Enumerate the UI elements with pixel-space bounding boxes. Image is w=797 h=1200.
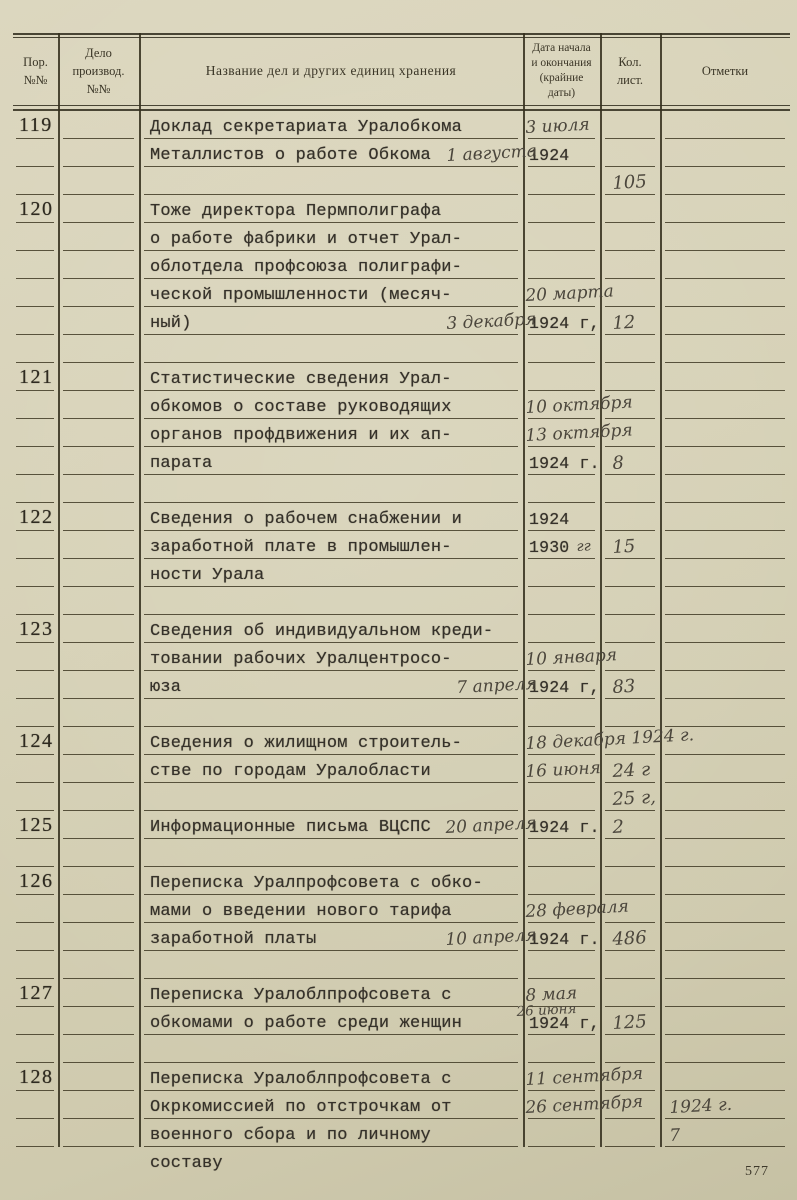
cell	[139, 839, 523, 867]
cell: 25 г,	[600, 783, 660, 811]
cell	[660, 671, 790, 699]
cell: 126	[13, 867, 58, 895]
cell: Доклад секретариата Уралобкома	[139, 111, 523, 139]
table-row: о работе фабрики и отчет Урал-	[13, 223, 790, 251]
cell	[523, 783, 600, 811]
cell	[13, 447, 58, 475]
cell: 24 г	[600, 755, 660, 783]
cell	[13, 699, 58, 727]
table-row: военного сбора и по личному7	[13, 1119, 790, 1147]
cell	[523, 951, 600, 979]
cell	[58, 811, 139, 839]
entry-title-line: Переписка Уралоблпрофсовета с	[150, 986, 452, 1005]
table-row: заработной плате в промышлен-1930гг15	[13, 531, 790, 559]
cell	[600, 699, 660, 727]
cell	[58, 111, 139, 139]
cell	[523, 587, 600, 615]
column-header-label: №№	[24, 71, 48, 89]
cell	[660, 615, 790, 643]
cell	[13, 419, 58, 447]
cell: Металлистов о работе Обкома1 августа	[139, 139, 523, 167]
cell: 124	[13, 727, 58, 755]
typed-date: 1924 г.	[529, 454, 600, 473]
handwritten-sheet-count: 105	[612, 171, 647, 194]
cell	[600, 195, 660, 223]
handwritten-sheet-count: 12	[612, 312, 636, 334]
handwritten-sheet-count: 486	[612, 927, 647, 950]
typed-date: 1924 г.	[529, 818, 600, 837]
cell	[58, 363, 139, 391]
cell	[600, 615, 660, 643]
cell: 11 сентября	[523, 1063, 600, 1091]
entry-row: 128Переписка Уралоблпрофсовета с11 сентя…	[13, 1063, 790, 1091]
column-header-label: Отметки	[702, 62, 748, 80]
cell	[58, 167, 139, 195]
cell: заработной платы10 апреля	[139, 923, 523, 951]
entry-row: 126Переписка Уралпрофсовета с обко-	[13, 867, 790, 895]
table-row: обкомов о составе руководящих10 октября	[13, 391, 790, 419]
cell	[58, 1035, 139, 1063]
cell: Сведения об индивидуальном креди-	[139, 615, 523, 643]
cell: заработной плате в промышлен-	[139, 531, 523, 559]
entry-row: 127Переписка Уралоблпрофсовета с8 мая	[13, 979, 790, 1007]
entry-title-line: военного сбора и по личному	[150, 1126, 431, 1145]
cell	[523, 167, 600, 195]
cell: Переписка Уралпрофсовета с обко-	[139, 867, 523, 895]
cell: 8	[600, 447, 660, 475]
cell: 10 октября	[523, 391, 600, 419]
cell	[600, 867, 660, 895]
cell	[58, 895, 139, 923]
cell	[660, 363, 790, 391]
handwritten-sheet-count: 125	[612, 1011, 647, 1034]
cell	[58, 223, 139, 251]
entry-title-line: обкомами о работе среди женщин	[150, 1014, 462, 1033]
cell	[139, 783, 523, 811]
cell	[139, 699, 523, 727]
cell	[58, 951, 139, 979]
cell: Сведения о жилищном строитель-	[139, 727, 523, 755]
entry-title-line: обкомов о составе руководящих	[150, 398, 452, 417]
cell: обкомов о составе руководящих	[139, 391, 523, 419]
cell	[13, 755, 58, 783]
archival-inventory-scan: Пор.№№Делопроизвод.№№Название дел и друг…	[0, 0, 797, 1200]
cell	[523, 363, 600, 391]
cell	[58, 139, 139, 167]
cell: товании рабочих Уралцентросо-	[139, 643, 523, 671]
cell	[58, 1119, 139, 1147]
cell: 122	[13, 503, 58, 531]
table-row: юза7 апреля1924 г,83	[13, 671, 790, 699]
handwritten-sheet-count: 15	[612, 536, 636, 558]
cell	[660, 279, 790, 307]
table-row: обкомами о работе среди женщин1924 г,26 …	[13, 1007, 790, 1035]
handwritten-sheet-count: 83	[612, 676, 636, 698]
cell	[13, 335, 58, 363]
entry-number: 121	[19, 366, 54, 389]
typed-date: 1924 г.	[529, 930, 600, 949]
cell	[660, 307, 790, 335]
cell	[58, 419, 139, 447]
column-header-label: Дата начала	[532, 41, 590, 56]
cell	[660, 811, 790, 839]
entry-title-line: юза	[150, 678, 181, 697]
cell	[13, 475, 58, 503]
column-header-label: (крайние	[540, 71, 584, 86]
handwritten-sheet-count: 8	[612, 452, 625, 474]
cell: Сведения о рабочем снабжении и	[139, 503, 523, 531]
entry-number: 128	[19, 1066, 54, 1089]
cell	[660, 783, 790, 811]
column-header-4: Кол.лист.	[600, 39, 660, 103]
cell: 125	[600, 1007, 660, 1035]
cell	[660, 699, 790, 727]
entry-title-line: парата	[150, 454, 212, 473]
column-header-3: Дата началаи окончания(крайниедаты)	[523, 39, 600, 103]
cell	[660, 391, 790, 419]
cell	[523, 335, 600, 363]
entry-title-line: товании рабочих Уралцентросо-	[150, 650, 452, 669]
table-row	[13, 475, 790, 503]
cell	[660, 503, 790, 531]
cell: 26 сентября	[523, 1091, 600, 1119]
entry-number: 126	[19, 870, 54, 893]
cell	[600, 139, 660, 167]
entry-title-line: Переписка Уралоблпрофсовета с	[150, 1070, 452, 1089]
cell: 1924	[523, 503, 600, 531]
cell: Информационные письма ВЦСПС20 апреля	[139, 811, 523, 839]
cell	[600, 587, 660, 615]
entry-row: 123Сведения об индивидуальном креди-	[13, 615, 790, 643]
cell	[13, 139, 58, 167]
entry-title-line: о работе фабрики и отчет Урал-	[150, 230, 462, 249]
cell	[600, 559, 660, 587]
entry-title-line: мами о введении нового тарифа	[150, 902, 452, 921]
entry-title-line: Переписка Уралпрофсовета с обко-	[150, 874, 483, 893]
cell	[660, 139, 790, 167]
cell	[660, 475, 790, 503]
table-row: заработной платы10 апреля1924 г.486	[13, 923, 790, 951]
cell	[58, 279, 139, 307]
cell: военного сбора и по личному	[139, 1119, 523, 1147]
cell	[58, 531, 139, 559]
cell: 125	[13, 811, 58, 839]
cell	[13, 951, 58, 979]
cell	[660, 167, 790, 195]
table-row: 25 г,	[13, 783, 790, 811]
cell: 128	[13, 1063, 58, 1091]
cell: 83	[600, 671, 660, 699]
handwritten-note: 7	[669, 1125, 681, 1146]
cell	[660, 1035, 790, 1063]
cell	[13, 895, 58, 923]
entry-row: 119Доклад секретариата Уралобкома3 июля	[13, 111, 790, 139]
column-header-2: Название дел и других единиц хранения	[139, 39, 523, 103]
cell	[600, 503, 660, 531]
entry-number: 122	[19, 506, 54, 529]
cell	[660, 1007, 790, 1035]
cell	[660, 251, 790, 279]
cell	[58, 307, 139, 335]
cell: 12	[600, 307, 660, 335]
cell	[523, 223, 600, 251]
cell: 3 июля	[523, 111, 600, 139]
entry-row: 121Статистические сведения Урал-	[13, 363, 790, 391]
cell	[13, 643, 58, 671]
cell: Тоже директора Пермполиграфа	[139, 195, 523, 223]
cell	[13, 223, 58, 251]
cell	[600, 363, 660, 391]
cell	[58, 783, 139, 811]
entry-title-line: облотдела профсоюза полиграфи-	[150, 258, 462, 277]
cell	[523, 1035, 600, 1063]
entry-row: 124Сведения о жилищном строитель-18 дека…	[13, 727, 790, 755]
cell	[600, 251, 660, 279]
table-row: 105	[13, 167, 790, 195]
cell: ный)3 декабря	[139, 307, 523, 335]
cell: парата	[139, 447, 523, 475]
cell: 15	[600, 531, 660, 559]
table-row	[13, 335, 790, 363]
handwritten-sheet-count: 24 г	[612, 759, 651, 782]
cell	[660, 951, 790, 979]
entry-title-line: ческой промышленности (месяч-	[150, 286, 452, 305]
table-row	[13, 699, 790, 727]
table-row: ный)3 декабря1924 г,12	[13, 307, 790, 335]
cell	[13, 251, 58, 279]
cell	[13, 167, 58, 195]
cell: 7	[660, 1119, 790, 1147]
cell: 486	[600, 923, 660, 951]
cell	[523, 559, 600, 587]
entry-title-line: заработной платы	[150, 930, 316, 949]
entry-number: 125	[19, 814, 54, 837]
cell	[58, 251, 139, 279]
cell	[13, 279, 58, 307]
table-row: ности Урала	[13, 559, 790, 587]
cell: 105	[600, 167, 660, 195]
cell: 2	[600, 811, 660, 839]
cell	[139, 587, 523, 615]
cell	[660, 755, 790, 783]
handwritten-date-note: 7 апреля	[456, 674, 537, 698]
cell: 120	[13, 195, 58, 223]
column-header-label: Пор.	[23, 53, 48, 71]
handwritten-sheet-count: 25 г,	[612, 787, 656, 810]
table-row: органов профдвижения и их ап-13 октября	[13, 419, 790, 447]
cell	[58, 727, 139, 755]
entry-number: 120	[19, 198, 54, 221]
cell: 1924 г.	[660, 1091, 790, 1119]
cell	[660, 559, 790, 587]
cell	[523, 615, 600, 643]
cell	[523, 699, 600, 727]
cell	[600, 1147, 660, 1175]
cell: 119	[13, 111, 58, 139]
column-header-label: Название дел и других единиц хранения	[206, 61, 457, 81]
cell	[13, 783, 58, 811]
cell: 121	[13, 363, 58, 391]
cell	[600, 475, 660, 503]
cell	[13, 587, 58, 615]
column-header-0: Пор.№№	[13, 39, 58, 103]
entry-title-line: Сведения о жилищном строитель-	[150, 734, 462, 753]
typed-date: 1924 г,	[529, 678, 600, 697]
cell: Переписка Уралоблпрофсовета с	[139, 1063, 523, 1091]
cell	[660, 1063, 790, 1091]
entry-title-line: органов профдвижения и их ап-	[150, 426, 452, 445]
cell: стве по городам Уралобласти	[139, 755, 523, 783]
cell	[660, 895, 790, 923]
cell	[523, 839, 600, 867]
entry-title-line: составу	[150, 1154, 223, 1173]
cell	[58, 867, 139, 895]
cell	[58, 923, 139, 951]
table-body: 119Доклад секретариата Уралобкома3 июляМ…	[13, 111, 790, 1175]
cell	[13, 839, 58, 867]
handwritten-date: 3 июля	[525, 115, 590, 138]
cell	[58, 335, 139, 363]
cell	[58, 559, 139, 587]
cell	[523, 251, 600, 279]
entry-title-line: Статистические сведения Урал-	[150, 370, 452, 389]
cell	[600, 1035, 660, 1063]
column-header-label: даты)	[548, 86, 575, 101]
column-header-5: Отметки	[660, 39, 790, 103]
cell	[139, 167, 523, 195]
table-row	[13, 1035, 790, 1063]
cell	[523, 195, 600, 223]
entry-title-line: стве по городам Уралобласти	[150, 762, 431, 781]
handwritten-date-suffix: гг	[576, 538, 591, 555]
cell	[58, 587, 139, 615]
entry-title-line: ный)	[150, 314, 192, 333]
cell	[58, 503, 139, 531]
cell	[13, 391, 58, 419]
entry-title-line: Сведения о рабочем снабжении и	[150, 510, 462, 529]
handwritten-note: 1924 г.	[669, 1095, 733, 1118]
cell: Статистические сведения Урал-	[139, 363, 523, 391]
typed-date: 1924 г,	[529, 314, 600, 333]
table-header-row: Пор.№№Делопроизвод.№№Название дел и друг…	[13, 39, 790, 103]
cell: обкомами о работе среди женщин	[139, 1007, 523, 1035]
cell	[58, 699, 139, 727]
entry-title-line: Сведения об индивидуальном креди-	[150, 622, 493, 641]
typed-date: 1924	[529, 510, 569, 529]
cell	[660, 1147, 790, 1175]
cell: 10 января	[523, 643, 600, 671]
cell	[13, 923, 58, 951]
cell	[58, 475, 139, 503]
cell: Переписка Уралоблпрофсовета с	[139, 979, 523, 1007]
entry-title-line: Доклад секретариата Уралобкома	[150, 118, 462, 137]
entry-number: 119	[19, 114, 53, 137]
cell	[13, 559, 58, 587]
cell	[600, 979, 660, 1007]
entry-title-line: Металлистов о работе Обкома	[150, 146, 431, 165]
table-row: товании рабочих Уралцентросо-10 января	[13, 643, 790, 671]
cell: облотдела профсоюза полиграфи-	[139, 251, 523, 279]
table-row: Металлистов о работе Обкома1 августа1924	[13, 139, 790, 167]
entry-title-line: Окркомиссией по отстрочкам от	[150, 1098, 452, 1117]
cell	[13, 1035, 58, 1063]
cell: 1924 г.	[523, 447, 600, 475]
cell	[660, 419, 790, 447]
cell	[660, 531, 790, 559]
cell	[660, 923, 790, 951]
table-row	[13, 587, 790, 615]
cell	[13, 1091, 58, 1119]
cell	[660, 839, 790, 867]
cell	[13, 307, 58, 335]
table-row: стве по городам Уралобласти16 июня24 г	[13, 755, 790, 783]
cell	[139, 335, 523, 363]
cell	[660, 223, 790, 251]
entry-number: 124	[19, 730, 54, 753]
cell	[523, 1147, 600, 1175]
cell: 16 июня	[523, 755, 600, 783]
cell	[139, 1035, 523, 1063]
table-row: Окркомиссией по отстрочкам от26 сентября…	[13, 1091, 790, 1119]
cell: Окркомиссией по отстрочкам от	[139, 1091, 523, 1119]
entry-row: 125Информационные письма ВЦСПС20 апреля1…	[13, 811, 790, 839]
typed-date: 1930	[529, 538, 569, 557]
column-header-label: Кол.	[618, 53, 641, 71]
cell: 127	[13, 979, 58, 1007]
column-header-label: №№	[87, 80, 111, 98]
cell: 18 декабря 1924 г.	[523, 727, 600, 755]
cell	[600, 1119, 660, 1147]
cell	[600, 951, 660, 979]
cell: 1930гг	[523, 531, 600, 559]
cell	[58, 1007, 139, 1035]
handwritten-sheet-count: 2	[612, 816, 625, 838]
cell	[660, 643, 790, 671]
cell	[600, 223, 660, 251]
handwritten-date: 26 июня	[516, 1001, 577, 1020]
cell	[660, 111, 790, 139]
cell: составу	[139, 1147, 523, 1175]
cell: ческой промышленности (месяч-	[139, 279, 523, 307]
cell: 28 февраля	[523, 895, 600, 923]
cell	[58, 671, 139, 699]
table-row: парата1924 г.8	[13, 447, 790, 475]
cell	[13, 531, 58, 559]
cell	[660, 447, 790, 475]
column-header-1: Делопроизвод.№№	[58, 39, 139, 103]
cell	[139, 951, 523, 979]
cell	[600, 335, 660, 363]
cell	[523, 1119, 600, 1147]
cell: 20 марта	[523, 279, 600, 307]
cell	[58, 447, 139, 475]
cell	[660, 335, 790, 363]
entry-title-line: Информационные письма ВЦСПС	[150, 818, 431, 837]
entry-title-line: заработной плате в промышлен-	[150, 538, 452, 557]
cell	[660, 195, 790, 223]
cell	[600, 111, 660, 139]
cell	[660, 979, 790, 1007]
cell	[58, 1091, 139, 1119]
cell	[13, 1147, 58, 1175]
cell: 123	[13, 615, 58, 643]
cell: ности Урала	[139, 559, 523, 587]
table-row: ческой промышленности (месяч-20 марта	[13, 279, 790, 307]
cell	[58, 643, 139, 671]
table-row	[13, 839, 790, 867]
cell	[58, 755, 139, 783]
cell	[58, 1147, 139, 1175]
